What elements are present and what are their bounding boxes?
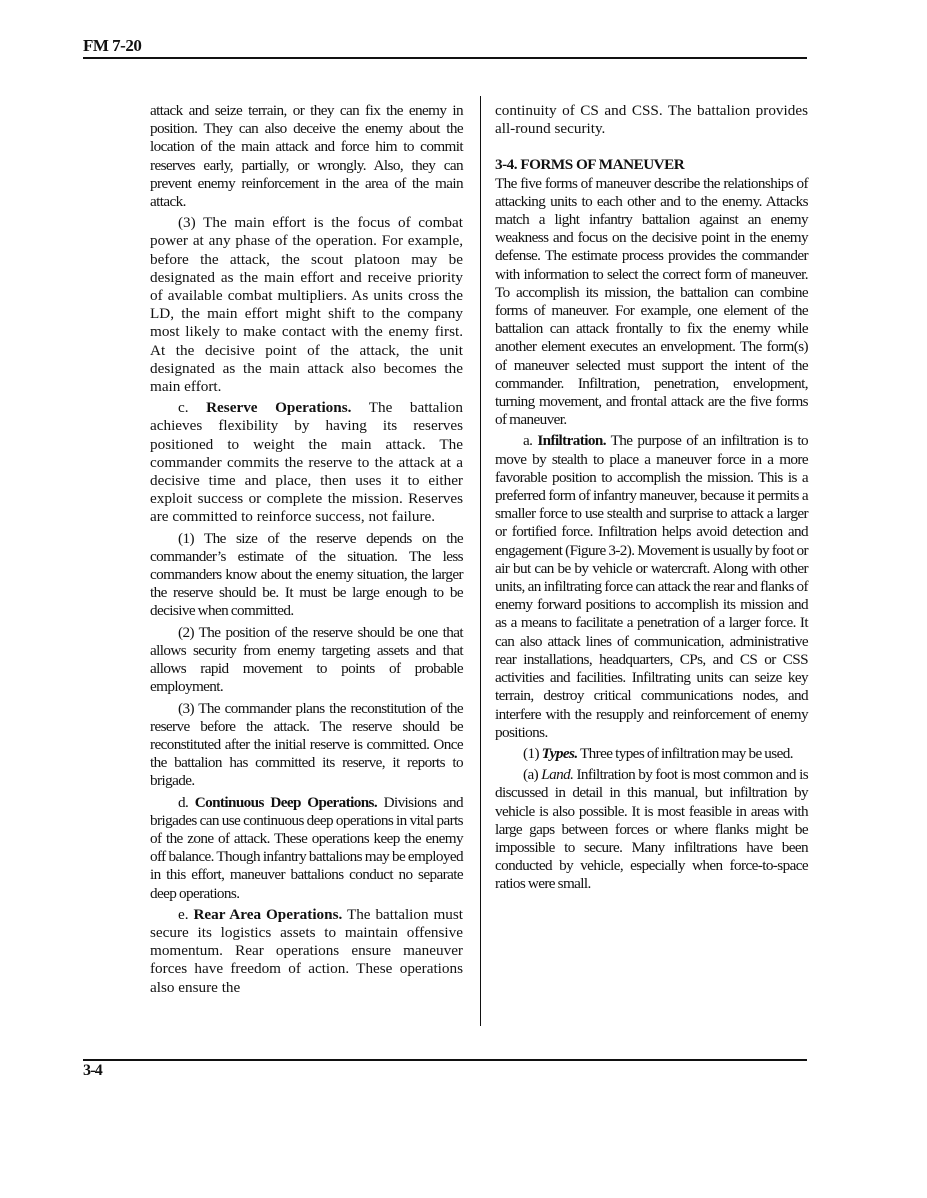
item-heading: Infiltration. [537, 432, 606, 449]
paragraph-continuation: attack and seize terrain, or they can fi… [150, 102, 463, 211]
item-text: The battalion achieves flexibility by ha… [150, 399, 463, 525]
item-label: d. [178, 794, 188, 811]
paragraph-infiltration: a. Infiltration. The purpose of an infil… [495, 432, 808, 741]
item-heading: Rear Area Operations. [193, 906, 342, 923]
item-heading: Reserve Operations. [206, 399, 351, 416]
item-text: The purpose of an infiltration is to mov… [495, 432, 808, 740]
paragraph-land: (a) Land. Infiltration by foot is most c… [495, 766, 808, 893]
item-text: Infiltration by foot is most common and … [495, 766, 808, 892]
paragraph-deep-operations: d. Continuous Deep Operations. Divisions… [150, 794, 463, 903]
column-divider [480, 96, 481, 1026]
item-heading: Continuous Deep Operations. [195, 794, 377, 811]
item-text: Three types of infiltration may be used. [580, 745, 793, 762]
item-label: (1) [523, 745, 539, 762]
item-heading: Types. [542, 745, 578, 762]
header-rule [83, 57, 807, 59]
item-label: (a) [523, 766, 538, 783]
paragraph-reserve-operations: c. Reserve Operations. The battalion ach… [150, 399, 463, 526]
paragraph-forms-intro: The five forms of maneuver describe the … [495, 175, 808, 430]
paragraph-reserve-position: (2) The position of the reserve should b… [150, 624, 463, 697]
left-column: attack and seize terrain, or they can fi… [150, 102, 463, 1000]
item-heading: Land. [541, 766, 573, 783]
paragraph-reserve-reconstitution: (3) The commander plans the reconstituti… [150, 700, 463, 791]
item-label: c. [178, 399, 189, 416]
paragraph-continuation: continuity of CS and CSS. The battalion … [495, 102, 808, 138]
item-label: a. [523, 432, 532, 449]
page-number: 3-4 [83, 1062, 102, 1080]
item-label: e. [178, 906, 189, 923]
section-heading: 3-4. FORMS OF MANEUVER [495, 156, 808, 174]
paragraph-types: (1) Types. Three types of infiltration m… [495, 745, 808, 763]
paragraph-main-effort: (3) The main effort is the focus of comb… [150, 214, 463, 396]
footer-rule [83, 1059, 807, 1061]
paragraph-rear-area-operations: e. Rear Area Operations. The battalion m… [150, 906, 463, 997]
paragraph-reserve-size: (1) The size of the reserve depends on t… [150, 530, 463, 621]
running-header-title: FM 7-20 [83, 36, 141, 56]
right-column: continuity of CS and CSS. The battalion … [495, 102, 808, 897]
